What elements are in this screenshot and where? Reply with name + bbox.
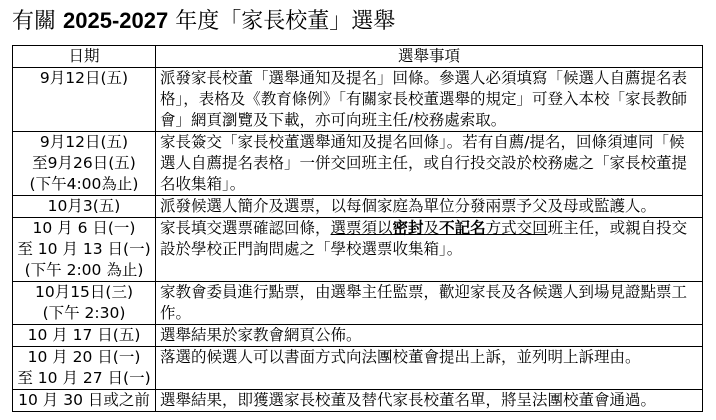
desc-cell: 派發候選人簡介及選票，以每個家庭為單位分發兩票予父及母或監護人。 [156, 196, 703, 218]
date-cell: 9月12日(五)至9月26日(五)(下午4:00為止) [13, 132, 156, 196]
table-row: 10月15日(三)(下午 2:30) 家教會委員進行點票，由選舉主任監票，歡迎家… [13, 282, 703, 325]
date-cell: 10 月 6 日(一)至 10 月 13 日(一)(下午 2:00 為止) [13, 218, 156, 282]
desc-text: 方式交回 [486, 219, 548, 237]
header-item: 選舉事項 [156, 46, 703, 68]
desc-cell: 家長簽交「家長校董選舉通知及提名回條」。若有自薦/提名，回條須連同「候選人自薦提… [156, 132, 703, 196]
date-line: 至9月26日(五) [17, 153, 151, 174]
date-line: 10 月 20 日(一) [17, 347, 151, 368]
date-line: 10 月 30 日或之前 [17, 390, 151, 411]
date-cell: 10 月 17 日(五) [13, 325, 156, 347]
bold-text: 不記名 [439, 219, 486, 237]
desc-cell: 選舉結果，即獲選家長校董及替代家長校董名單，將呈法團校董會通過。 [156, 390, 703, 412]
table-row: 10月3(五) 派發候選人簡介及選票，以每個家庭為單位分發兩票予父及母或監護人。 [13, 196, 703, 218]
date-cell: 10 月 30 日或之前 [13, 390, 156, 412]
bold-text: 密封 [393, 219, 424, 237]
header-date: 日期 [13, 46, 156, 68]
date-cell: 10 月 20 日(一)至 10 月 27 日(一) [13, 347, 156, 390]
date-cell: 10月15日(三)(下午 2:30) [13, 282, 156, 325]
table-row: 10 月 17 日(五) 選舉結果於家教會網頁公佈。 [13, 325, 703, 347]
table-row: 9月12日(五)至9月26日(五)(下午4:00為止) 家長簽交「家長校董選舉通… [13, 132, 703, 196]
document-title: 有關 2025-2027 年度「家長校董」選舉 [12, 6, 395, 37]
date-line: 10 月 17 日(五) [17, 325, 151, 346]
desc-text: 選票須以 [331, 219, 393, 237]
underlined-text: 選票須以密封及不記名方式交回 [331, 219, 548, 237]
date-line: 至 10 月 13 日(一) [17, 239, 151, 260]
date-line: 至 10 月 27 日(一) [17, 368, 151, 389]
table-header-row: 日期 選舉事項 [13, 46, 703, 68]
title-prefix: 有關 [12, 9, 63, 34]
date-cell: 9月12日(五) [13, 68, 156, 132]
table-row: 9月12日(五) 派發家長校董「選舉通知及提名」回條。參選人必須填寫「候選人自薦… [13, 68, 703, 132]
date-line: 10月3(五) [17, 196, 151, 217]
date-line: 9月12日(五) [17, 68, 151, 89]
date-cell: 10月3(五) [13, 196, 156, 218]
desc-text: 及 [424, 219, 440, 237]
desc-cell: 選舉結果於家教會網頁公佈。 [156, 325, 703, 347]
date-line: 9月12日(五) [17, 132, 151, 153]
title-suffix: 年度「家長校董」選舉 [168, 9, 395, 34]
date-line: (下午 2:00 為止) [17, 260, 151, 281]
title-years: 2025-2027 [63, 8, 168, 33]
desc-cell: 派發家長校董「選舉通知及提名」回條。參選人必須填寫「候選人自薦提名表格」，表格及… [156, 68, 703, 132]
table-row: 10 月 30 日或之前 選舉結果，即獲選家長校董及替代家長校董名單，將呈法團校… [13, 390, 703, 412]
election-schedule-table: 日期 選舉事項 9月12日(五) 派發家長校董「選舉通知及提名」回條。參選人必須… [12, 45, 703, 412]
desc-cell: 家教會委員進行點票，由選舉主任監票，歡迎家長及各候選人到場見證點票工作。 [156, 282, 703, 325]
table-row: 10 月 20 日(一)至 10 月 27 日(一) 落選的候選人可以書面方式向… [13, 347, 703, 390]
desc-cell: 落選的候選人可以書面方式向法團校董會提出上訴，並列明上訴理由。 [156, 347, 703, 390]
date-line: (下午4:00為止) [17, 174, 151, 195]
date-line: 10 月 6 日(一) [17, 218, 151, 239]
table-row: 10 月 6 日(一)至 10 月 13 日(一)(下午 2:00 為止) 家長… [13, 218, 703, 282]
desc-text: 家長填交選票確認回條， [160, 219, 331, 237]
desc-cell: 家長填交選票確認回條，選票須以密封及不記名方式交回班主任，或親自投交設於學校正門… [156, 218, 703, 282]
date-line: (下午 2:30) [17, 303, 151, 324]
date-line: 10月15日(三) [17, 282, 151, 303]
